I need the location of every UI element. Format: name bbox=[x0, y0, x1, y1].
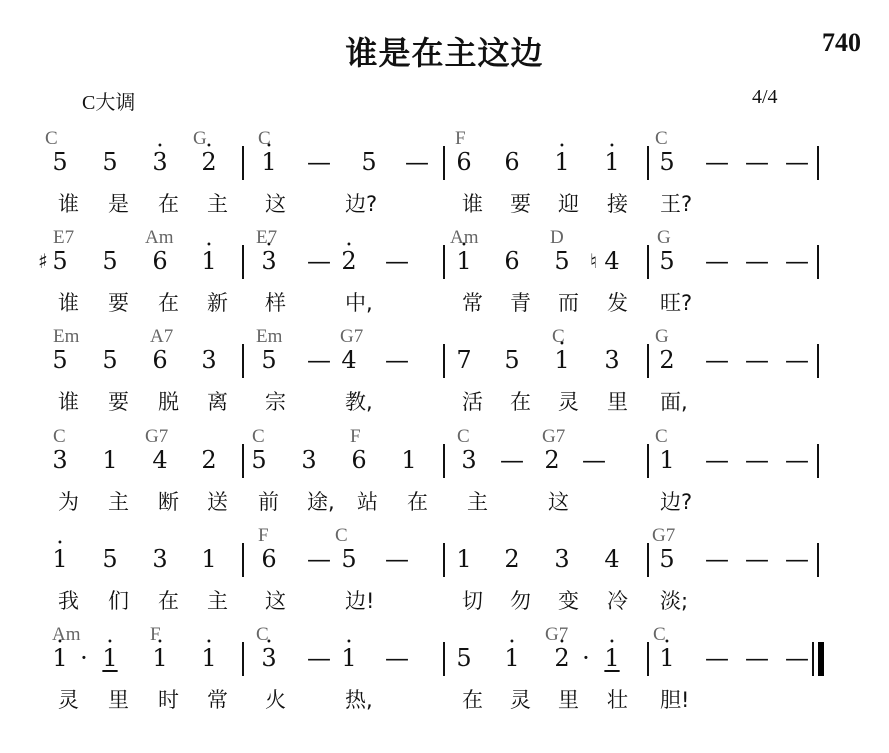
bar-line bbox=[817, 245, 819, 279]
chord-symbol: C bbox=[53, 426, 66, 448]
note: 2• bbox=[189, 148, 229, 176]
note: 2 bbox=[189, 446, 229, 474]
lyric: 火 bbox=[265, 684, 325, 714]
chord-symbol: G7 bbox=[340, 326, 363, 348]
dash-extension: — bbox=[777, 446, 817, 474]
chord-symbol: C bbox=[655, 426, 668, 448]
note: 1• bbox=[492, 644, 532, 672]
score-line: EmA7EmG7CG55635—4—751•32———谁要脱离宗教,活在灵里面, bbox=[0, 326, 889, 426]
octave-dot: • bbox=[140, 142, 180, 152]
bar-line bbox=[647, 543, 649, 577]
note: 2 bbox=[492, 545, 532, 573]
octave-dot: • bbox=[444, 241, 484, 251]
lyric: 主 bbox=[467, 486, 527, 516]
note: 1• bbox=[542, 148, 582, 176]
lyric: 离 bbox=[207, 386, 267, 416]
chord-symbol: G7 bbox=[145, 426, 168, 448]
octave-dot: • bbox=[329, 638, 369, 648]
dash-extension: — bbox=[697, 148, 737, 176]
bar-line bbox=[443, 444, 445, 478]
octave-dot: • bbox=[189, 142, 229, 152]
bar-line bbox=[812, 642, 814, 676]
octave-dot: • bbox=[249, 142, 289, 152]
dash-extension: — bbox=[737, 148, 777, 176]
time-signature: 4/4 bbox=[752, 86, 778, 109]
note: 5 bbox=[647, 247, 687, 275]
dash-extension: — bbox=[492, 446, 532, 474]
note: 6 bbox=[249, 545, 289, 573]
lyric: 样 bbox=[265, 287, 325, 317]
dash-extension: — bbox=[777, 545, 817, 573]
lyric: 旺? bbox=[660, 287, 720, 317]
score-line: FCG71•5316—5—12345———我们在主这边!切勿变冷淡; bbox=[0, 525, 889, 625]
bar-line bbox=[817, 444, 819, 478]
note: 6 bbox=[339, 446, 379, 474]
lyric: 主 bbox=[207, 585, 267, 615]
chord-symbol: Em bbox=[256, 326, 282, 348]
dash-extension: — bbox=[777, 148, 817, 176]
note: 6 bbox=[140, 346, 180, 374]
lyric: 常 bbox=[207, 684, 267, 714]
note: 4 bbox=[140, 446, 180, 474]
note: 1 bbox=[389, 446, 429, 474]
note: 5 bbox=[90, 247, 130, 275]
note: 5 bbox=[90, 346, 130, 374]
bar-line bbox=[242, 543, 244, 577]
chord-symbol: C bbox=[457, 426, 470, 448]
chord-symbol: F bbox=[455, 128, 466, 150]
score-line: AmFCG7C1•·1•1•1•3•—1•—51•2•·1•1•———灵里时常火… bbox=[0, 624, 889, 724]
chord-symbol: C bbox=[252, 426, 265, 448]
lyric: 壮 bbox=[607, 684, 667, 714]
note: 6 bbox=[492, 247, 532, 275]
bar-line bbox=[242, 444, 244, 478]
note: 5 bbox=[329, 545, 369, 573]
note: 1• bbox=[90, 644, 130, 672]
note: 5 bbox=[40, 148, 80, 176]
chord-symbol: C bbox=[655, 128, 668, 150]
lyric: 这 bbox=[548, 486, 608, 516]
chord-symbol: C bbox=[45, 128, 58, 150]
note: 1 bbox=[647, 446, 687, 474]
lyric: 宗 bbox=[265, 386, 325, 416]
accidental: ♮ bbox=[590, 249, 597, 273]
note: 1• bbox=[647, 644, 687, 672]
note: 2• bbox=[329, 247, 369, 275]
note: 1 bbox=[90, 446, 130, 474]
lyric: 王? bbox=[660, 188, 720, 218]
score-line: CGCFC553•2•1•—5—661•1•5———谁是在主这边?谁要迎接王? bbox=[0, 128, 889, 228]
chord-symbol: E7 bbox=[53, 227, 74, 249]
bar-line bbox=[817, 146, 819, 180]
note: 1• bbox=[329, 644, 369, 672]
lyric: 在 bbox=[407, 486, 467, 516]
note: 3• bbox=[249, 247, 289, 275]
note: 1• bbox=[40, 545, 80, 573]
note: 5 bbox=[492, 346, 532, 374]
bar-line bbox=[817, 344, 819, 378]
chord-symbol: G7 bbox=[652, 525, 675, 547]
note: 3 bbox=[449, 446, 489, 474]
lyric: 里 bbox=[607, 386, 667, 416]
hymn-number: 740 bbox=[822, 28, 861, 58]
dash-extension: — bbox=[377, 545, 417, 573]
bar-line bbox=[647, 444, 649, 478]
chord-symbol: G bbox=[657, 227, 671, 249]
octave-dot: • bbox=[40, 539, 80, 549]
octave-dot: • bbox=[542, 142, 582, 152]
note: 6 bbox=[444, 148, 484, 176]
bar-line bbox=[647, 146, 649, 180]
dash-extension: — bbox=[737, 247, 777, 275]
octave-dot: • bbox=[329, 241, 369, 251]
note: 5 bbox=[249, 346, 289, 374]
lyric: 胆! bbox=[660, 684, 720, 714]
dash-extension: — bbox=[697, 545, 737, 573]
note: 1• bbox=[189, 247, 229, 275]
note: 1• bbox=[592, 644, 632, 672]
note: 3 bbox=[542, 545, 582, 573]
dash-extension: — bbox=[777, 644, 817, 672]
dash-extension: — bbox=[777, 346, 817, 374]
bar-line bbox=[817, 543, 819, 577]
bar-line bbox=[443, 642, 445, 676]
octave-dot: • bbox=[542, 340, 582, 350]
dash-extension: — bbox=[737, 446, 777, 474]
lyric: 中, bbox=[345, 287, 405, 317]
note: 3 bbox=[289, 446, 329, 474]
note: 5 bbox=[239, 446, 279, 474]
note: 1• bbox=[542, 346, 582, 374]
octave-dot: • bbox=[249, 638, 289, 648]
note: 3• bbox=[140, 148, 180, 176]
chord-symbol: Am bbox=[145, 227, 174, 249]
bar-line bbox=[443, 344, 445, 378]
accidental: ♯ bbox=[38, 249, 48, 273]
chord-symbol: A7 bbox=[150, 326, 173, 348]
octave-dot: • bbox=[189, 241, 229, 251]
octave-dot: • bbox=[249, 241, 289, 251]
note: 5 bbox=[90, 148, 130, 176]
lyric: 新 bbox=[207, 287, 267, 317]
octave-dot: • bbox=[140, 638, 180, 648]
dash-extension: — bbox=[397, 148, 437, 176]
lyric: 这 bbox=[265, 585, 325, 615]
song-title: 谁是在主这边 bbox=[0, 28, 889, 74]
note: 5 bbox=[542, 247, 582, 275]
note: 4 bbox=[592, 545, 632, 573]
bar-line bbox=[647, 642, 649, 676]
bar-line bbox=[443, 543, 445, 577]
note: 5 bbox=[40, 346, 80, 374]
bar-line bbox=[242, 642, 244, 676]
lyric: 这 bbox=[265, 188, 325, 218]
key-signature: C大调 bbox=[82, 86, 135, 115]
note: 6 bbox=[492, 148, 532, 176]
note: 3 bbox=[40, 446, 80, 474]
chord-symbol: F bbox=[350, 426, 361, 448]
octave-dot: • bbox=[492, 638, 532, 648]
note: 5 bbox=[647, 545, 687, 573]
dash-extension: — bbox=[299, 148, 339, 176]
note: 5♯ bbox=[40, 247, 80, 275]
lyric: 边! bbox=[345, 585, 405, 615]
note: 1• bbox=[444, 247, 484, 275]
dash-extension: — bbox=[737, 346, 777, 374]
note: 1• bbox=[592, 148, 632, 176]
octave-dot: • bbox=[592, 142, 632, 152]
lyric: 教, bbox=[345, 386, 405, 416]
dash-extension: — bbox=[777, 247, 817, 275]
dash-extension: — bbox=[377, 247, 417, 275]
dash-extension: — bbox=[737, 644, 777, 672]
note: 5 bbox=[444, 644, 484, 672]
note: 1 bbox=[189, 545, 229, 573]
lyric: 热, bbox=[345, 684, 405, 714]
lyric: 主 bbox=[207, 188, 267, 218]
chord-symbol: F bbox=[258, 525, 269, 547]
note: 5 bbox=[647, 148, 687, 176]
octave-dot: • bbox=[592, 638, 632, 648]
chord-symbol: G7 bbox=[542, 426, 565, 448]
note: 3 bbox=[140, 545, 180, 573]
note: 5 bbox=[349, 148, 389, 176]
bar-line bbox=[647, 245, 649, 279]
bar-line bbox=[443, 245, 445, 279]
octave-dot: • bbox=[189, 638, 229, 648]
score-line: E7AmE7AmDG5♯561•3•—2•—1•654♮5———谁要在新样中,常… bbox=[0, 227, 889, 327]
chord-symbol: D bbox=[550, 227, 564, 249]
note: 1• bbox=[249, 148, 289, 176]
lyric: 冷 bbox=[607, 585, 667, 615]
note: 1• bbox=[140, 644, 180, 672]
note: 4♮ bbox=[592, 247, 632, 275]
bar-line bbox=[242, 245, 244, 279]
chord-symbol: G bbox=[655, 326, 669, 348]
note: 6 bbox=[140, 247, 180, 275]
octave-dot: • bbox=[647, 638, 687, 648]
score-line: CG7CFCG7C314253613—2—1———为主断送前途,站在主这边? bbox=[0, 426, 889, 526]
note: 3 bbox=[189, 346, 229, 374]
lyric: 淡; bbox=[660, 585, 720, 615]
lyric: 边? bbox=[345, 188, 405, 218]
note: 2 bbox=[532, 446, 572, 474]
dash-extension: — bbox=[697, 644, 737, 672]
dash-extension: — bbox=[697, 346, 737, 374]
lyric: 面, bbox=[660, 386, 720, 416]
lyric: 发 bbox=[607, 287, 667, 317]
note: 7 bbox=[444, 346, 484, 374]
note: 3 bbox=[592, 346, 632, 374]
chord-symbol: Em bbox=[53, 326, 79, 348]
note: 4 bbox=[329, 346, 369, 374]
chord-symbol: C bbox=[335, 525, 348, 547]
lyric: 接 bbox=[607, 188, 667, 218]
bar-line bbox=[647, 344, 649, 378]
note: 3• bbox=[249, 644, 289, 672]
dash-extension: — bbox=[377, 346, 417, 374]
lyric: 边? bbox=[660, 486, 720, 516]
bar-line bbox=[443, 146, 445, 180]
final-bar-line bbox=[818, 642, 824, 676]
note: 5 bbox=[90, 545, 130, 573]
note: 1• bbox=[189, 644, 229, 672]
dash-extension: — bbox=[737, 545, 777, 573]
dash-extension: — bbox=[377, 644, 417, 672]
note: 2 bbox=[647, 346, 687, 374]
dash-extension: — bbox=[574, 446, 614, 474]
octave-dot: • bbox=[90, 638, 130, 648]
bar-line bbox=[242, 146, 244, 180]
dash-extension: — bbox=[697, 247, 737, 275]
bar-line bbox=[242, 344, 244, 378]
dash-extension: — bbox=[697, 446, 737, 474]
note: 1 bbox=[444, 545, 484, 573]
